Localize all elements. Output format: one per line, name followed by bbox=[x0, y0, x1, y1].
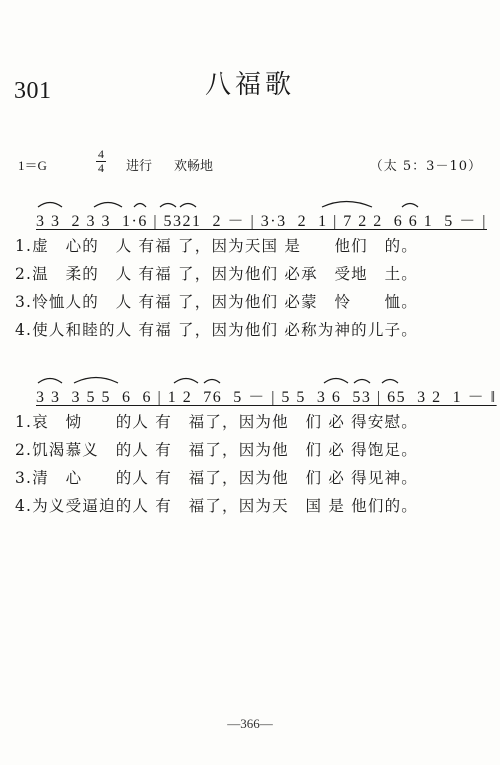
lyric-verse-1: 1.虚 心的 人 有福 了，因为天国 是 他们 的。 bbox=[15, 234, 485, 256]
lyric-verse-2: 2.温 柔的 人 有福 了，因为他们 必承 受地 土。 bbox=[15, 262, 485, 284]
scripture-reference: （太 5：3－10） bbox=[370, 155, 482, 174]
notation-line-1: 3 3 2 3 3 1·6 | 5321 2 － | 3·3 2 1 | 7 2… bbox=[36, 200, 456, 234]
hymn-meta: 1＝G 4 4 进行 欢畅地 （太 5：3－10） bbox=[18, 150, 488, 180]
numbered-notes: 3 3 2 3 3 1·6 | 5321 2 － | 3·3 2 1 | 7 2… bbox=[36, 208, 487, 231]
slur-marks-icon bbox=[36, 198, 456, 208]
lyric-verse-3: 3.怜恤人的 人 有福 了，因为他们 必蒙 怜 恤。 bbox=[15, 290, 485, 312]
lyric-verse-1: 1.哀 恸 的人 有 福了，因为他 们 必 得安慰。 bbox=[15, 410, 485, 432]
page-number: —366— bbox=[0, 716, 500, 732]
time-signature: 4 4 bbox=[96, 148, 106, 175]
numbered-notes: 3 3 3 5 5 6 6 | 1 2 76 5 － | 5 5 3 6 53 … bbox=[36, 384, 497, 407]
lyric-verse-2: 2.饥渴慕义 的人 有 福了，因为他 们 必 得饱足。 bbox=[15, 438, 485, 460]
notation-line-2: 3 3 3 5 5 6 6 | 1 2 76 5 － | 5 5 3 6 53 … bbox=[36, 376, 456, 410]
expression-marking: 欢畅地 bbox=[174, 155, 213, 174]
key-signature: 1＝G bbox=[18, 155, 47, 174]
lyric-verse-4: 4.使人和睦的人 有福 了，因为他们 必称为神的儿子。 bbox=[15, 318, 485, 340]
time-signature-bottom: 4 bbox=[98, 162, 104, 175]
time-signature-top: 4 bbox=[98, 148, 104, 161]
lyric-verse-3: 3.清 心 的人 有 福了，因为他 们 必 得见神。 bbox=[15, 466, 485, 488]
tempo-marking: 进行 bbox=[126, 155, 152, 174]
hymn-title: 八福歌 bbox=[0, 64, 500, 101]
slur-marks-icon bbox=[36, 374, 456, 384]
lyric-verse-4: 4.为义受逼迫的人 有 福了，因为天 国 是 他们的。 bbox=[15, 494, 485, 516]
